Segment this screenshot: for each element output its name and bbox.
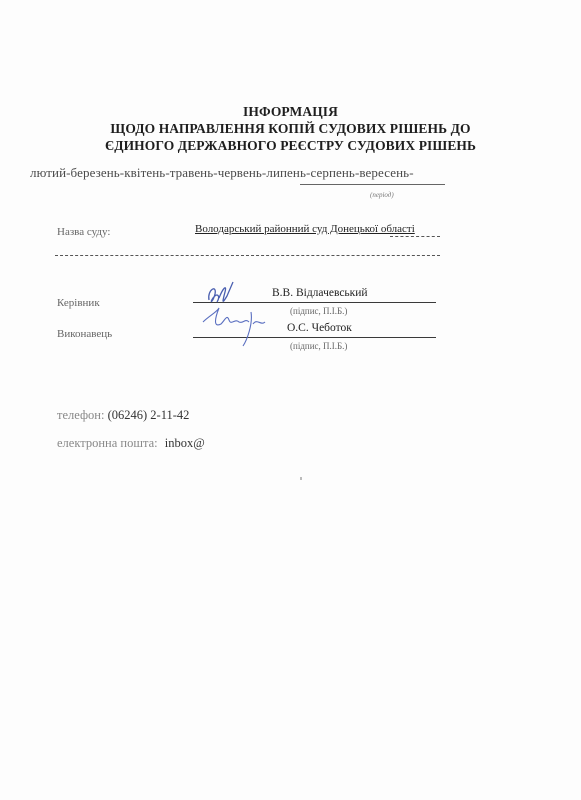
court-name-value: Володарський районний суд Донецької обла… — [195, 223, 415, 235]
phone-row: телефон: (06246) 2-11-42 — [57, 408, 189, 423]
phone-value: (06246) 2-11-42 — [108, 408, 190, 422]
phone-label: телефон: — [57, 408, 104, 422]
email-label: електронна пошта: — [57, 436, 158, 450]
signature-name-executor: О.С. Чеботок — [287, 322, 352, 334]
court-name-second-line — [55, 255, 440, 256]
handwritten-signature-icon — [195, 278, 285, 348]
court-name-label: Назва суду: — [57, 226, 110, 238]
document-title-line-2: ЩОДО НАПРАВЛЕННЯ КОПІЙ СУДОВИХ РІШЕНЬ ДО — [0, 121, 581, 137]
signature-caption-executor: (підпис, П.І.Б.) — [290, 341, 347, 351]
signature-caption-head: (підпис, П.І.Б.) — [290, 306, 347, 316]
document-title-line-1: ІНФОРМАЦІЯ — [0, 104, 581, 120]
court-name-line-tail — [390, 236, 440, 237]
document-title-line-3: ЄДИНОГО ДЕРЖАВНОГО РЕЄСТРУ СУДОВИХ РІШЕН… — [0, 138, 581, 154]
period-caption: (період) — [370, 191, 394, 199]
scan-speck — [300, 477, 302, 480]
period-value: лютий-березень-квітень-травень-червень-л… — [30, 165, 414, 181]
period-underline — [300, 184, 445, 185]
email-row: електронна пошта: inbox@ — [57, 436, 205, 451]
signature-role-head: Керівник — [57, 297, 100, 309]
email-value: inbox@ — [165, 436, 205, 450]
signature-role-executor: Виконавець — [57, 328, 112, 340]
signature-name-head: В.В. Відлачевський — [272, 287, 368, 299]
